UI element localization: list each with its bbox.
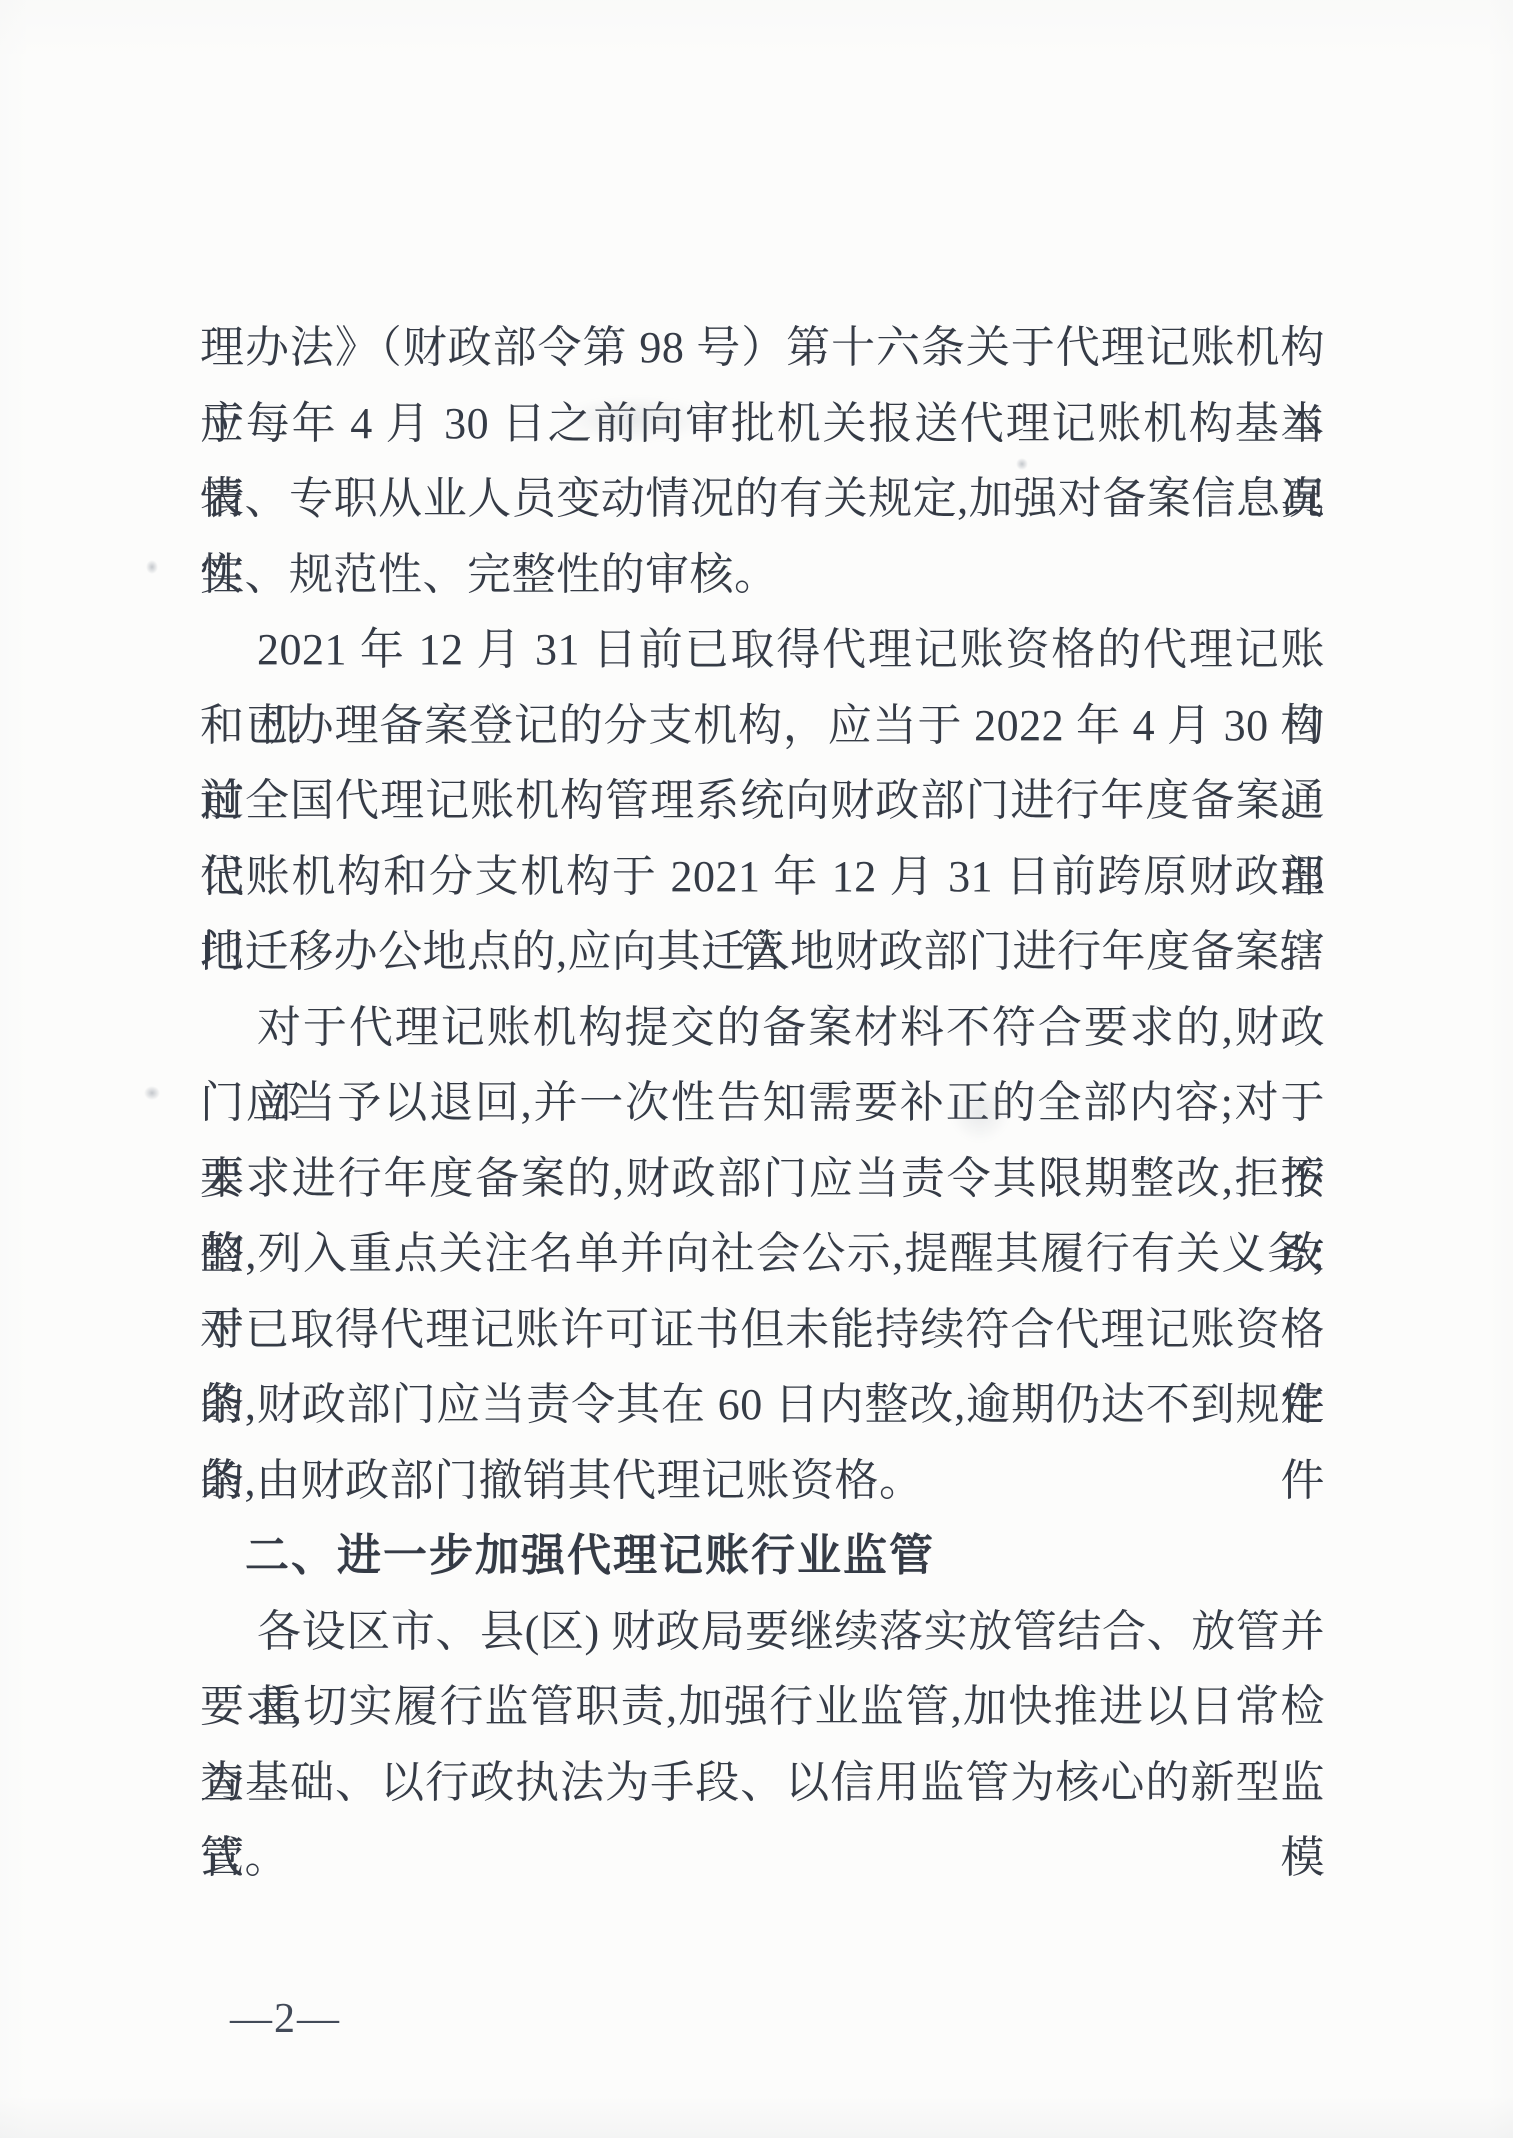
body-line: 为基础、以行政执法为手段、以信用监管为核心的新型监管模 [200,1745,1325,1821]
body-line: 于每年 4 月 30 日之前向审批机关报送代理记账机构基本情况 [200,386,1325,462]
body-line: 要求进行年度备案的,财政部门应当责令其限期整改,拒不整改 [200,1141,1325,1217]
body-line: 过全国代理记账机构管理系统向财政部门进行年度备案。代理 [200,763,1325,839]
body-line: 门应当予以退回,并一次性告知需要补正的全部内容;对于未按 [200,1065,1325,1141]
body-line: 对于代理记账机构提交的备案材料不符合要求的,财政部 [200,990,1325,1066]
section-heading: 二、进一步加强代理记账行业监管 [200,1518,1325,1594]
body-line: 的,列入重点关注名单并向社会公示,提醒其履行有关义务;对 [200,1216,1325,1292]
scanned-document-page: 理办法》（财政部令第 98 号）第十六条关于代理记账机构应当 于每年 4 月 3… [0,0,1513,2138]
scan-speck [144,1086,160,1100]
body-line: 于已取得代理记账许可证书但未能持续符合代理记账资格条件 [200,1292,1325,1368]
body-line: 记账机构和分支机构于 2021 年 12 月 31 日前跨原财政部门管辖 [200,839,1325,915]
body-line: 地迁移办公地点的,应向其迁入地财政部门进行年度备案。 [200,914,1325,990]
body-line: 表、专职从业人员变动情况的有关规定,加强对备案信息真实 [200,461,1325,537]
body-line: 性、规范性、完整性的审核。 [200,537,1325,613]
body-line: 和已办理备案登记的分支机构，应当于 2022 年 4 月 30 日前通 [200,688,1325,764]
document-text-block: 理办法》（财政部令第 98 号）第十六条关于代理记账机构应当 于每年 4 月 3… [200,310,1325,1896]
scan-speck [146,560,158,574]
body-line: 2021 年 12 月 31 日前已取得代理记账资格的代理记账机构 [200,612,1325,688]
page-number: —2— [230,1996,341,2042]
body-line: 理办法》（财政部令第 98 号）第十六条关于代理记账机构应当 [200,310,1325,386]
body-line: 各设区市、县(区) 财政局要继续落实放管结合、放管并重 [200,1594,1325,1670]
body-line: 的,财政部门应当责令其在 60 日内整改,逾期仍达不到规定条件 [200,1367,1325,1443]
body-line: 要求,切实履行监管职责,加强行业监管,加快推进以日常检查 [200,1669,1325,1745]
